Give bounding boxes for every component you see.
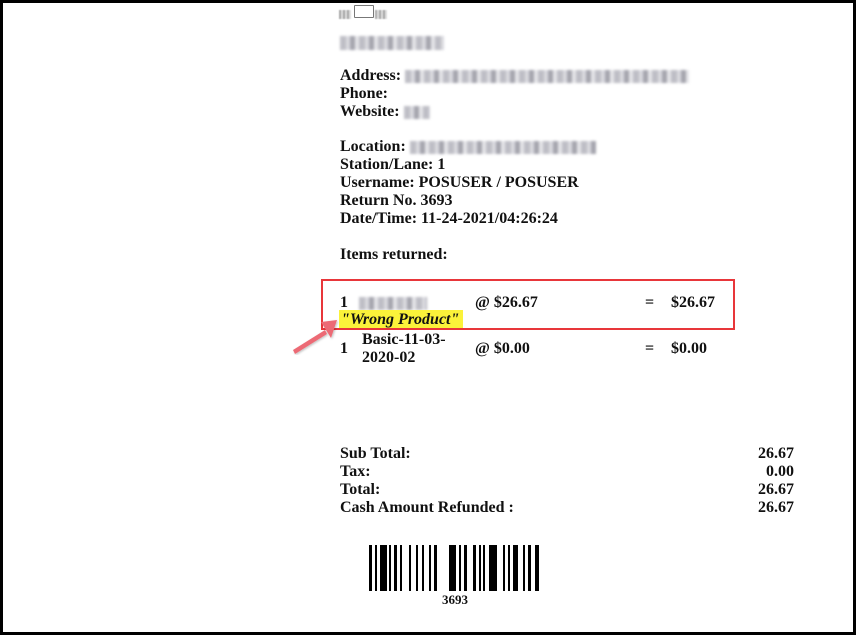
- station-lane: Station/Lane: 1: [340, 156, 445, 174]
- refund-value: 26.67: [758, 499, 794, 517]
- item-2-equals: =: [645, 340, 654, 358]
- refund-label: Cash Amount Refunded :: [340, 499, 514, 517]
- location-line: Location:: [340, 138, 596, 156]
- redacted-store-name: [340, 36, 444, 50]
- redacted-website: [404, 106, 430, 119]
- location-label: Location:: [340, 138, 406, 155]
- phone-line: Phone:: [340, 85, 388, 103]
- tax-value: 0.00: [766, 463, 794, 481]
- redacted-address: [405, 70, 689, 83]
- date-time: Date/Time: 11-24-2021/04:26:24: [340, 210, 558, 228]
- address-label: Address:: [340, 67, 401, 84]
- totals-section: Sub Total:26.67 Tax:0.00 Total:26.67 Cas…: [340, 445, 794, 517]
- items-heading: Items returned:: [340, 246, 448, 264]
- subtotal-label: Sub Total:: [340, 445, 411, 463]
- barcode: [369, 545, 541, 591]
- tax-label: Tax:: [340, 463, 371, 481]
- return-number: Return No. 3693: [340, 192, 452, 210]
- total-label: Total:: [340, 481, 380, 499]
- website-label: Website:: [340, 103, 400, 120]
- annotation-highlight-box: [321, 279, 735, 330]
- refund-row: Cash Amount Refunded :26.67: [340, 499, 794, 517]
- store-name: [340, 34, 444, 52]
- item-2-unit-price: @ $0.00: [475, 340, 530, 358]
- total-row: Total:26.67: [340, 481, 794, 499]
- subtotal-value: 26.67: [758, 445, 794, 463]
- item-2-name-line1: Basic-11-03-: [362, 331, 446, 349]
- store-computer-logo-icon: [339, 5, 391, 21]
- subtotal-row: Sub Total:26.67: [340, 445, 794, 463]
- barcode-number: 3693: [369, 592, 541, 608]
- website-line: Website:: [340, 103, 430, 121]
- tax-row: Tax:0.00: [340, 463, 794, 481]
- total-value: 26.67: [758, 481, 794, 499]
- phone-label: Phone:: [340, 85, 388, 102]
- redacted-location: [410, 141, 596, 154]
- item-2-total: $0.00: [671, 340, 707, 358]
- username: Username: POSUSER / POSUSER: [340, 174, 579, 192]
- item-2-name-line2: 2020-02: [362, 349, 415, 367]
- address-line: Address:: [340, 67, 689, 85]
- annotation-arrow-icon: [285, 310, 345, 355]
